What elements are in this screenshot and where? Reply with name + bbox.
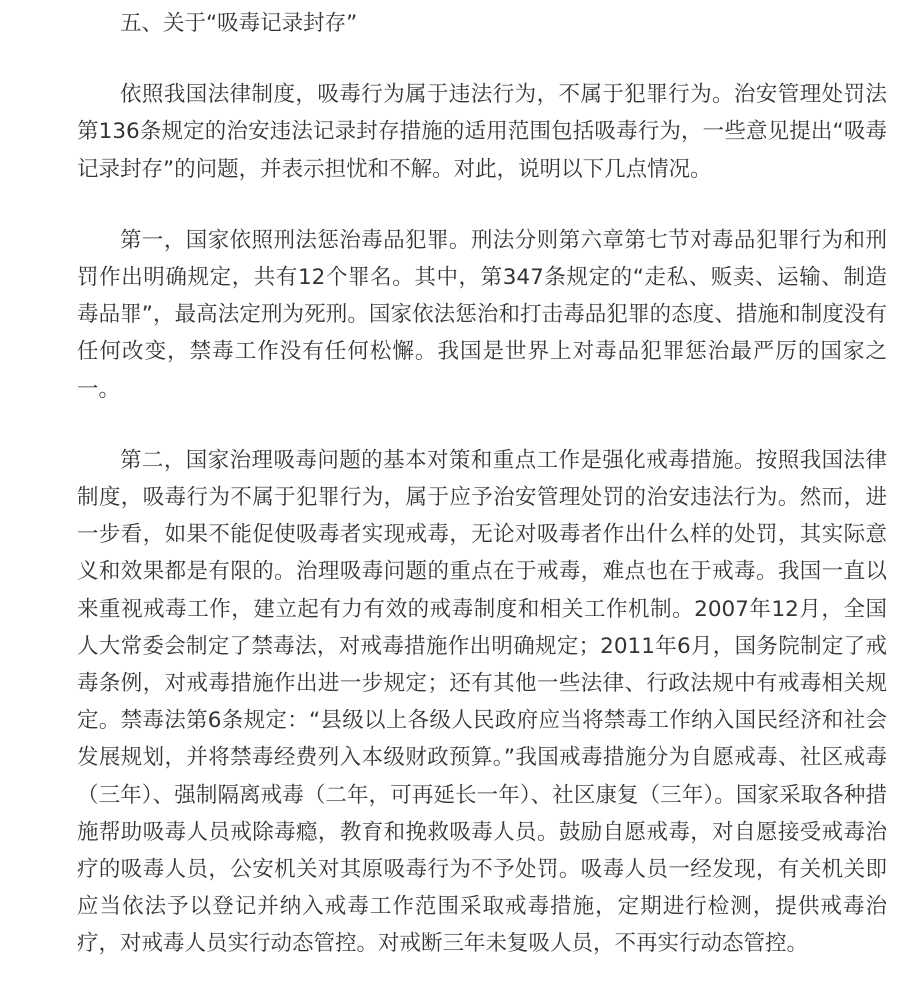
paragraph-intro: 依照我国法律制度，吸毒行为属于违法行为，不属于犯罪行为。治安管理处罚法第136条…	[77, 76, 887, 188]
paragraph-second: 第二，国家治理吸毒问题的基本对策和重点工作是强化戒毒措施。按照我国法律制度，吸毒…	[77, 442, 887, 963]
paragraph-first: 第一，国家依照刑法惩治毒品犯罪。刑法分则第六章第七节对毒品犯罪行为和刑罚作出明确…	[77, 222, 887, 408]
document-body: 五、关于“吸毒记录封存” 依照我国法律制度，吸毒行为属于违法行为，不属于犯罪行为…	[77, 5, 887, 997]
section-title: 五、关于“吸毒记录封存”	[77, 5, 887, 42]
